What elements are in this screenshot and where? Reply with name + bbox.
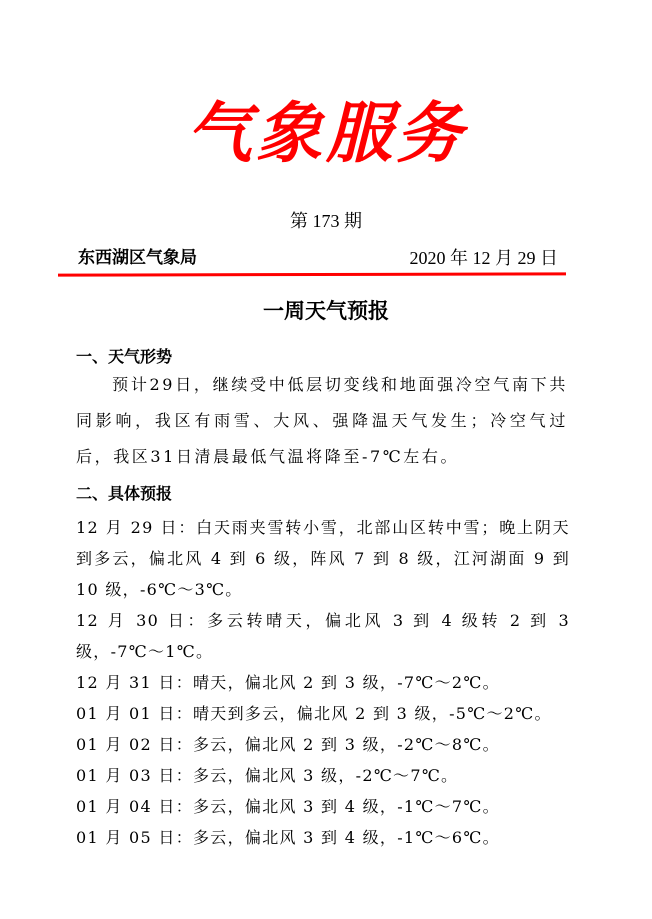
situation-text: 预计29日，继续受中低层切变线和地面强冷空气南下共同影响，我区有雨雪、大风、强降… [76,375,568,466]
forecast-separator: ： [176,735,193,754]
forecast-text: 晴天，偏北风 2 到 3 级，-7℃～2℃。 [193,673,500,692]
forecast-date: 01 月 01 日 [76,704,176,723]
forecast-separator: ： [176,828,193,847]
organization-name: 东西湖区气象局 [78,245,197,271]
forecast-separator: ： [178,518,196,537]
forecast-date: 12 月 29 日 [76,518,178,537]
forecast-text: 多云，偏北风 3 到 4 级，-1℃～7℃。 [193,797,500,816]
issue-date: 2020 年 12 月 29 日 [410,245,559,271]
forecast-separator: ： [188,611,208,630]
forecast-date: 01 月 05 日 [76,828,176,847]
document-title: 一周天气预报 [0,296,652,326]
forecast-text: 多云，偏北风 2 到 3 级，-2℃～8℃。 [193,735,500,754]
document-page: 气象服务 第 173 期 东西湖区气象局 2020 年 12 月 29 日 一周… [0,0,652,919]
forecast-date: 01 月 02 日 [76,735,176,754]
forecast-date: 01 月 03 日 [76,766,176,785]
header-divider [58,272,566,276]
forecast-separator: ： [176,673,193,692]
forecast-item: 01 月 05 日：多云，偏北风 3 到 4 级，-1℃～6℃。 [76,822,570,853]
section-heading-forecast: 二、具体预报 [76,482,172,506]
forecast-separator: ： [176,704,193,723]
forecast-item: 01 月 04 日：多云，偏北风 3 到 4 级，-1℃～7℃。 [76,791,570,822]
forecast-date: 12 月 30 日 [76,611,188,630]
forecast-list: 12 月 29 日：白天雨夹雪转小雪，北部山区转中雪；晚上阴天到多云，偏北风 4… [76,512,570,853]
forecast-item: 01 月 01 日：晴天到多云，偏北风 2 到 3 级，-5℃～2℃。 [76,698,570,729]
forecast-item: 01 月 02 日：多云，偏北风 2 到 3 级，-2℃～8℃。 [76,729,570,760]
forecast-item: 12 月 31 日：晴天，偏北风 2 到 3 级，-7℃～2℃。 [76,667,570,698]
forecast-item: 12 月 30 日：多云转晴天，偏北风 3 到 4 级转 2 到 3 级，-7℃… [76,605,570,667]
forecast-item: 12 月 29 日：白天雨夹雪转小雪，北部山区转中雪；晚上阴天到多云，偏北风 4… [76,512,570,605]
masthead-title: 气象服务 [0,88,652,178]
forecast-date: 01 月 04 日 [76,797,176,816]
forecast-text: 多云，偏北风 3 到 4 级，-1℃～6℃。 [193,828,500,847]
header-row: 东西湖区气象局 2020 年 12 月 29 日 [78,245,558,271]
forecast-text: 多云，偏北风 3 级，-2℃～7℃。 [193,766,458,785]
forecast-item: 01 月 03 日：多云，偏北风 3 级，-2℃～7℃。 [76,760,570,791]
situation-paragraph: 预计29日，继续受中低层切变线和地面强冷空气南下共同影响，我区有雨雪、大风、强降… [76,367,568,475]
section-heading-situation: 一、天气形势 [76,345,172,369]
forecast-separator: ： [176,797,193,816]
forecast-separator: ： [176,766,193,785]
forecast-date: 12 月 31 日 [76,673,176,692]
issue-number: 第 173 期 [0,208,652,234]
forecast-text: 晴天到多云，偏北风 2 到 3 级，-5℃～2℃。 [193,704,552,723]
